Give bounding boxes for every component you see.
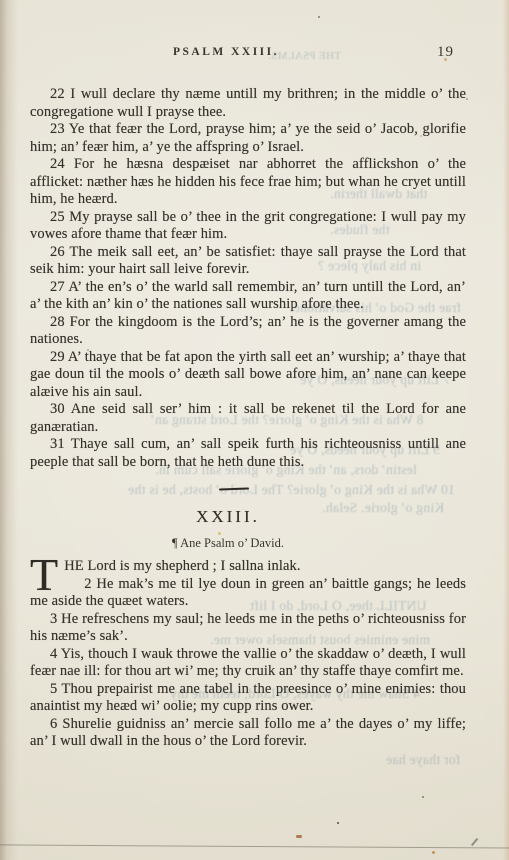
psalm22-verse-24: 24 For he hæsna despæiset nar abhorret t… [30,156,466,209]
foxing-speck [352,686,354,688]
section-divider-rule [219,487,249,490]
bleedthrough-text: for thaye hae [386,752,460,768]
psalm22-verse-26: 26 The meik sall eet, an’ be satisfiet: … [30,244,466,279]
running-head: PSALM XXIII. [8,46,444,58]
psalm22-verse-28: 28 For the kingdoom is the Lord’s; an’ h… [30,314,466,349]
drop-cap-letter: T [30,558,64,591]
psalm23-verse-3: 3 He refreschens my saul; he leeds me in… [30,611,466,646]
psalm22-verse-31: 31 Thaye sall cum, an’ sall speik furth … [30,436,466,471]
foxing-speck [218,532,221,535]
foxing-speck [466,98,468,100]
foxing-speck [337,822,339,824]
page-header: PSALM XXIII. 19 [30,46,466,66]
foxing-speck [87,349,89,351]
psalm22-verse-23: 23 Ye that feær the Lord, prayse him; a’… [30,121,466,156]
page-edge-scan-line [0,844,509,848]
psalm22-verse-30: 30 Ane seid sall ser’ him : it sall be r… [30,401,466,436]
psalm22-verse-27: 27 A’ the en’s o’ the warld sall remembi… [30,279,466,314]
psalm-23-heading: XXIII. [10,507,446,527]
psalm23-verse-2: 2 He mak’s me til lye doun in green an’ … [30,576,466,611]
psalm-23-subtitle: ¶ Ane Psalm o’ David. [10,536,446,551]
psalm23-verse-1: THE Lord is my shepherd ; I sallna inlak… [30,558,466,576]
psalm23-verse-5: 5 Thou prepairist me ane tabel in the pr… [30,681,466,716]
foxing-speck [422,796,424,798]
foxing-speck [296,835,302,838]
foxing-speck [318,16,320,18]
foxing-speck [444,58,447,61]
psalm22-verse-29: 29 A’ thaye that be fat apon the yirth s… [30,349,466,402]
psalm22-verse-25: 25 My prayse sall be o’ thee in the grit… [30,209,466,244]
page-edge-crack-mark [471,838,489,855]
foxing-speck [420,135,422,137]
psalm22-verse-22: 22 I wull declare thy næme untill my bri… [30,86,466,121]
text-block: PSALM XXIII. 19 22 I wull declare thy næ… [30,46,466,751]
psalm23-verse-6: 6 Shurelie guidniss an’ mercie sall foll… [30,716,466,751]
psalm23-verse-4: 4 Yis, thouch I wauk throwe the vallie o… [30,646,466,681]
psalm23-verse-1-text: HE Lord is my shepherd ; I sallna inlak. [64,558,300,574]
foxing-speck [432,851,435,854]
scanned-book-page: THE PSALMS.that dwall therin.the fludes.… [0,0,509,860]
